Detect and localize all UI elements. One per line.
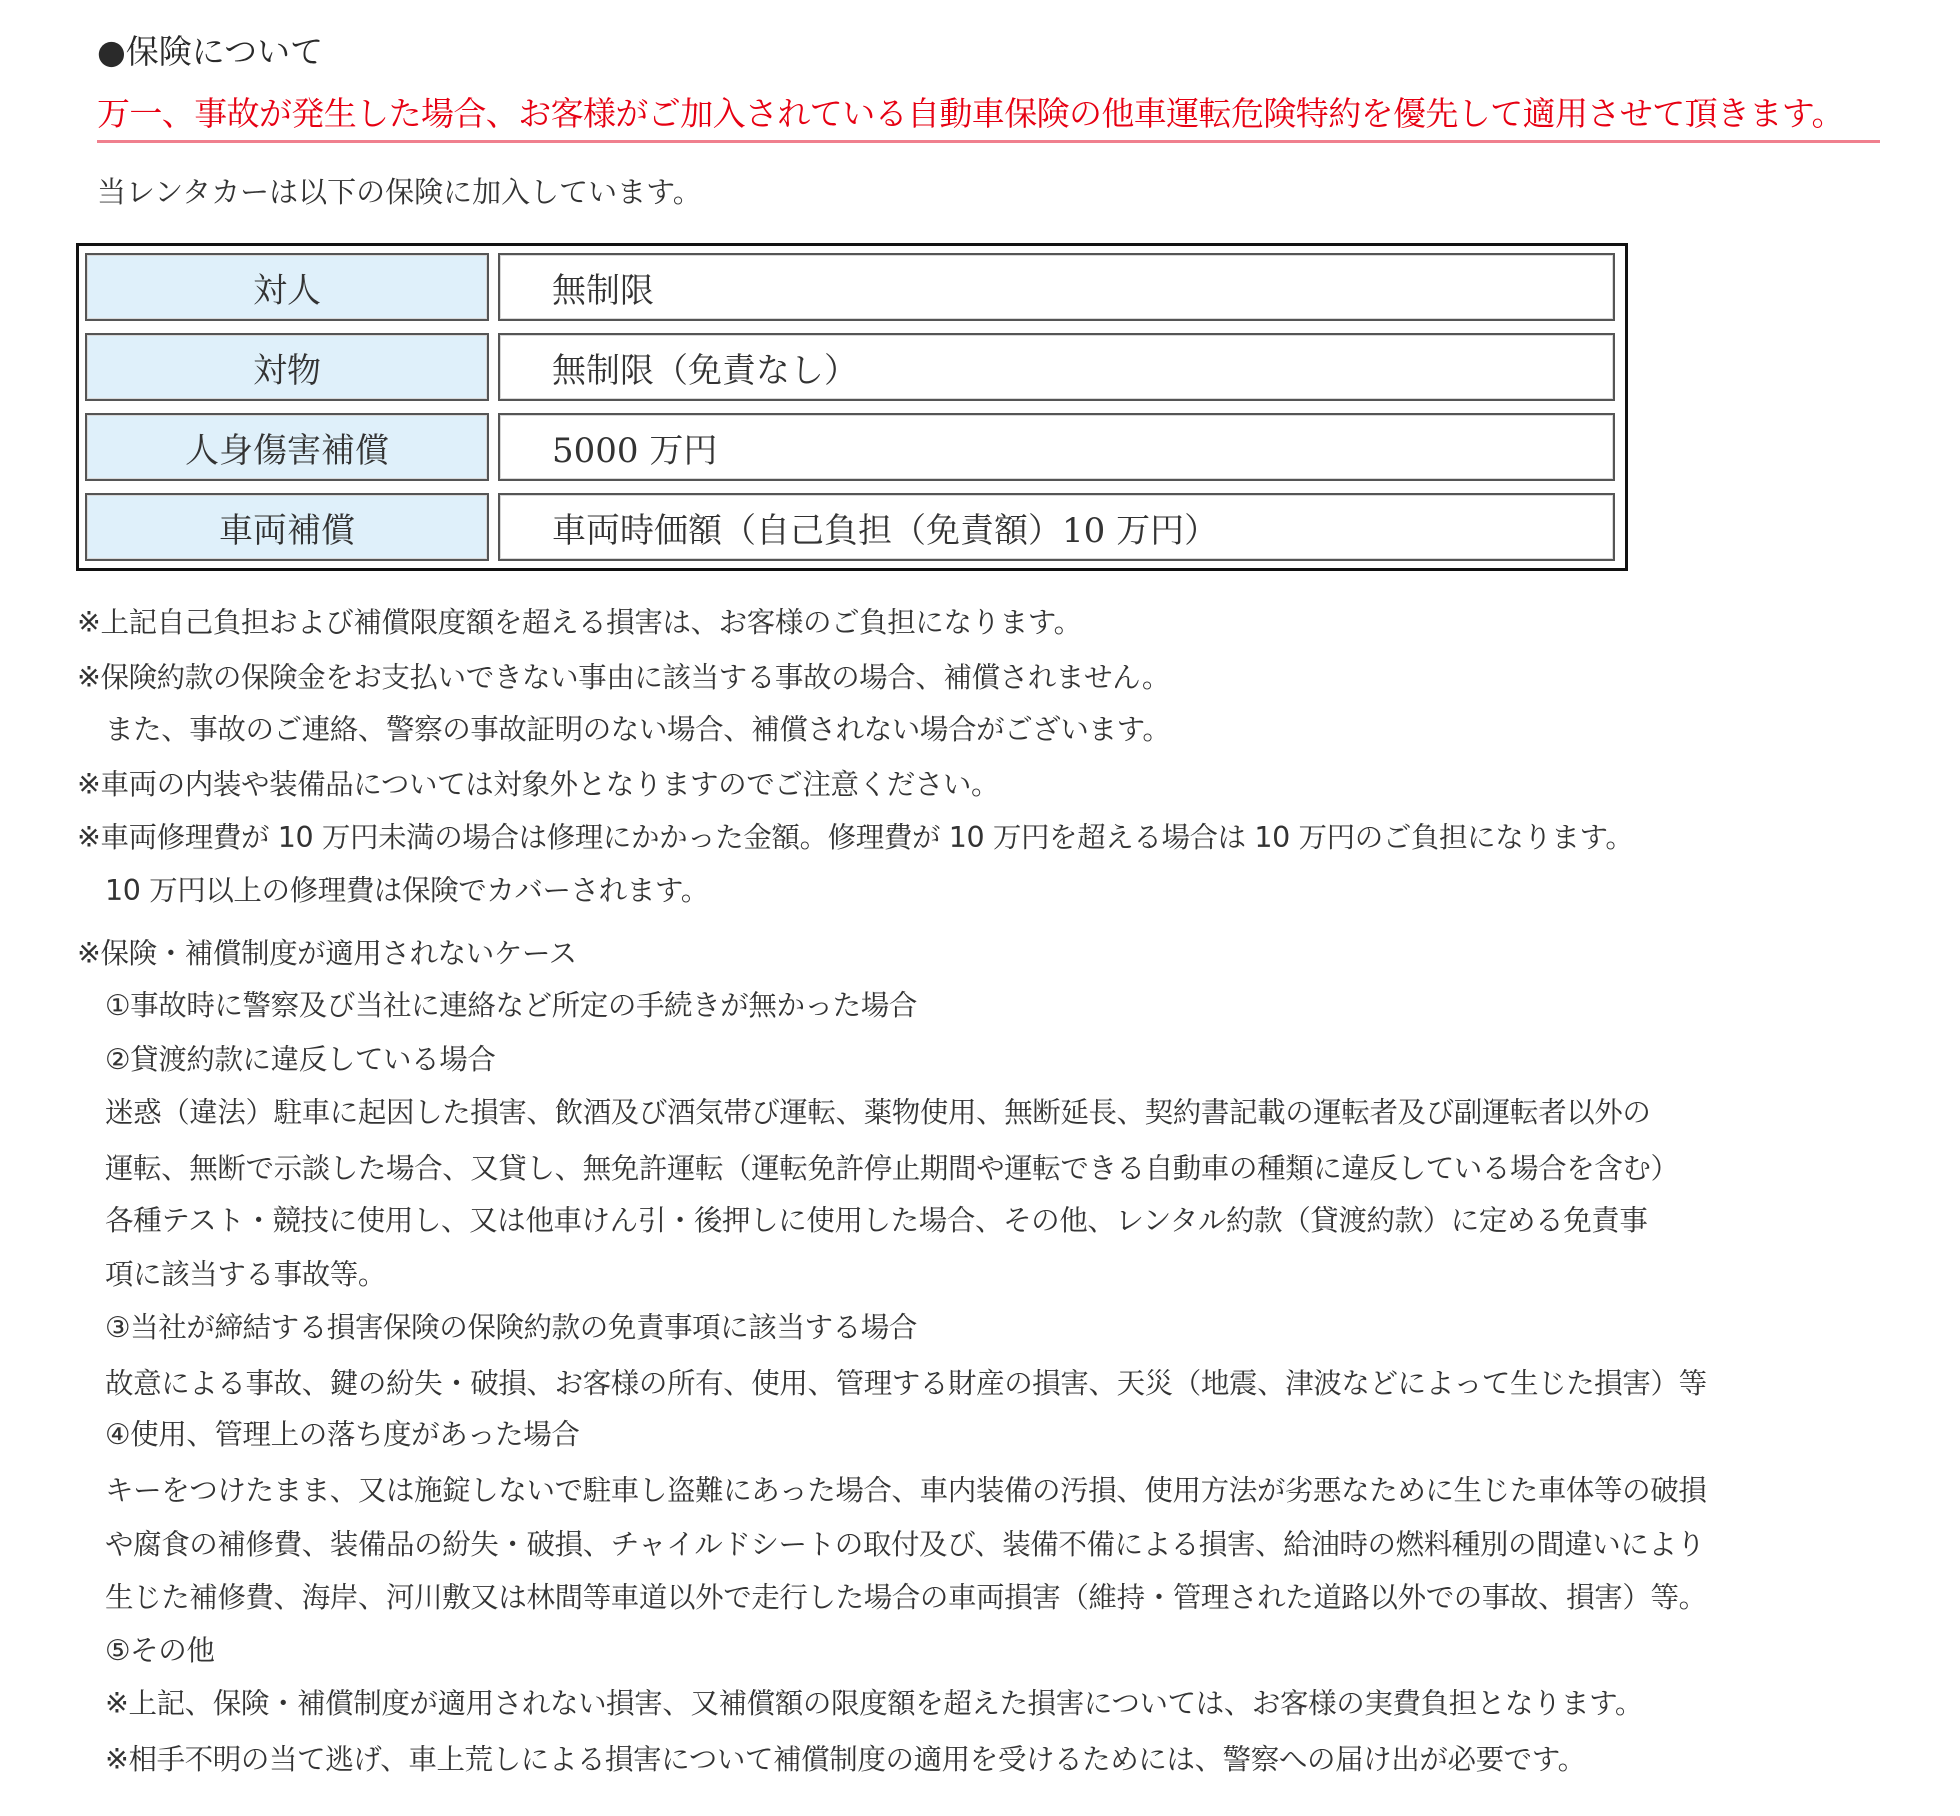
row-value: 車両時価額（自己負担（免責額）10 万円） — [498, 493, 1615, 561]
note-item-continued: また、事故のご連絡、警察の事故証明のない場合、補償されない場合がございます。 — [105, 710, 1171, 750]
exclusions-heading: ※保険・補償制度が適用されないケース — [77, 934, 577, 974]
row-value: 無制限（免責なし） — [498, 333, 1615, 401]
note-item-continued: 10 万円以上の修理費は保険でカバーされます。 — [105, 871, 709, 911]
row-label: 対物 — [85, 333, 489, 401]
exclusion-detail: 運転、無断で示談した場合、又貸し、無免許運転（運転免許停止期間や運転できる自動車… — [105, 1149, 1679, 1189]
coverage-table: 対人 無制限 対物 無制限（免責なし） 人身傷害補償 5000 万円 車両補償 … — [76, 243, 1628, 571]
row-label: 人身傷害補償 — [85, 413, 489, 481]
row-label: 対人 — [85, 253, 489, 321]
row-label: 車両補償 — [85, 493, 489, 561]
note-item: ※車両の内装や装備品については対象外となりますのでご注意ください。 — [77, 765, 999, 805]
note-item: ※上記自己負担および補償限度額を超える損害は、お客様のご負担になります。 — [77, 603, 1082, 643]
exclusion-detail: 項に該当する事故等。 — [105, 1255, 386, 1295]
exclusion-case-4: ④使用、管理上の落ち度があった場合 — [105, 1415, 579, 1455]
exclusion-footnote: ※上記、保険・補償制度が適用されない損害、又補償額の限度額を超えた損害については… — [105, 1684, 1643, 1724]
row-value-text: 無制限（免責なし） — [552, 343, 858, 392]
intro-text: 当レンタカーは以下の保険に加入しています。 — [97, 172, 702, 212]
row-value-text: 無制限 — [552, 263, 654, 312]
row-value: 5000 万円 — [498, 413, 1615, 481]
exclusion-detail: キーをつけたまま、又は施錠しないで駐車し盗難にあった場合、車内装備の汚損、使用方… — [105, 1471, 1706, 1511]
note-item: ※保険約款の保険金をお支払いできない事由に該当する事故の場合、補償されません。 — [77, 658, 1170, 698]
row-value-text: 5000 万円 — [552, 423, 717, 472]
exclusion-case-1: ①事故時に警察及び当社に連絡など所定の手続きが無かった場合 — [105, 986, 917, 1026]
exclusion-detail: 故意による事故、鍵の紛失・破損、お客様の所有、使用、管理する財産の損害、天災（地… — [105, 1364, 1707, 1404]
row-value-text: 車両時価額（自己負担（免責額）10 万円） — [552, 503, 1218, 552]
section-title: ●保険について — [97, 30, 323, 74]
note-item: ※車両修理費が 10 万円未満の場合は修理にかかった金額。修理費が 10 万円を… — [77, 818, 1633, 858]
exclusion-detail: 迷惑（違法）駐車に起因した損害、飲酒及び酒気帯び運転、薬物使用、無断延長、契約書… — [105, 1093, 1651, 1133]
row-value: 無制限 — [498, 253, 1615, 321]
priority-notice: 万一、事故が発生した場合、お客様がご加入されている自動車保険の他車運転危険特約を… — [97, 92, 1844, 136]
notice-underline-divider — [97, 140, 1880, 143]
exclusion-case-2: ②貸渡約款に違反している場合 — [105, 1040, 495, 1080]
exclusion-case-5: ⑤その他 — [105, 1631, 214, 1671]
exclusion-detail: 生じた補修費、海岸、河川敷又は林間等車道以外で走行した場合の車両損害（維持・管理… — [105, 1578, 1707, 1618]
exclusion-case-3: ③当社が締結する損害保険の保険約款の免責事項に該当する場合 — [105, 1308, 917, 1348]
exclusion-detail: 各種テスト・競技に使用し、又は他車けん引・後押しに使用した場合、その他、レンタル… — [105, 1201, 1648, 1241]
exclusion-detail: や腐食の補修費、装備品の紛失・破損、チャイルドシートの取付及び、装備不備による損… — [105, 1525, 1705, 1565]
exclusion-footnote: ※相手不明の当て逃げ、車上荒しによる損害について補償制度の適用を受けるためには、… — [105, 1740, 1586, 1780]
